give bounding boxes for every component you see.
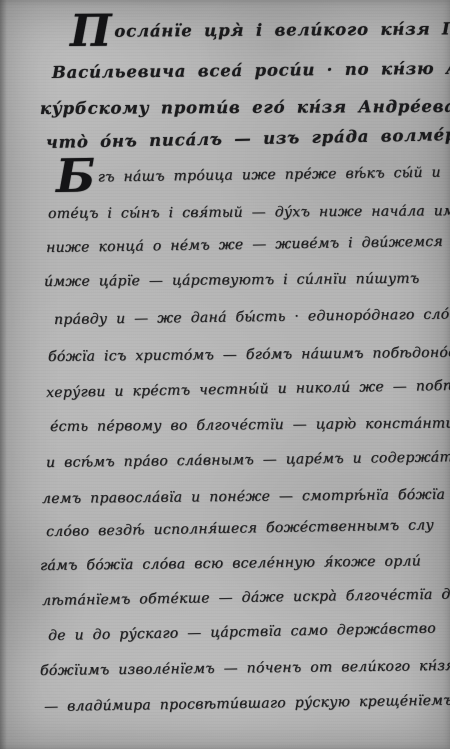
manuscript-line-15: сло́во вездѣ́ исполня́шеся боже́ственным… <box>46 517 434 540</box>
line-text: га́мъ бо́жїа сло́ва всю вселе́нную я́кож… <box>40 553 421 574</box>
line-text: е́сть пе́рвому во блгоче́стїи — царю̀ ко… <box>50 415 450 435</box>
line-text: лѣта́нїемъ обте́кше — да́же искра̀ блгоч… <box>42 586 450 609</box>
line-text: херу́гви и кре́стъ честны́й и николи́ же… <box>46 377 450 401</box>
manuscript-line-10: бо́жїа ісъ христо́мъ — бго́мъ на́шимъ по… <box>48 345 450 365</box>
manuscript-line-8: и́мже ца́рїе — ца́рствуютъ і си́лнїи пи́… <box>44 271 420 290</box>
line-text: оте́цъ і сы́нъ і свя́тый — ду́хъ ниже на… <box>48 203 450 222</box>
manuscript-line-7: ниже конца́ о не́мъ же — живе́мъ і дви́ж… <box>46 234 450 256</box>
line-text: и всѣ́мъ пра́во сла́внымъ — царе́мъ и со… <box>46 449 450 471</box>
manuscript-line-13: и всѣ́мъ пра́во сла́внымъ — царе́мъ и со… <box>46 449 450 471</box>
manuscript-line-1: Посла́нїе цря̀ і вели́кого кн́зя Іоа́нна <box>70 19 450 41</box>
line-text: сло́во вездѣ́ исполня́шеся боже́ственным… <box>46 517 434 540</box>
manuscript-line-20: — влади́мира просвѣти́вшаго ру́скую крещ… <box>44 692 450 715</box>
line-text: ниже конца́ о не́мъ же — живе́мъ і дви́ж… <box>46 234 450 256</box>
line-text: что̀ о́нъ писа́лъ — изъ гра́да волме́ра … <box>46 125 450 152</box>
manuscript-line-16: га́мъ бо́жїа сло́ва всю вселе́нную я́кож… <box>40 553 421 574</box>
manuscript-line-12: е́сть пе́рвому во блгоче́стїи — царю̀ ко… <box>50 415 450 435</box>
manuscript-line-2: Васи́льевича всеа́ роси́и · по кн́зю Анд… <box>52 58 450 82</box>
manuscript-line-14: лемъ правосла́вїа и поне́же — смотрѣ́нїа… <box>42 487 450 507</box>
line-text: ку́рбскому проти́в его́ кн́зя Андре́ева … <box>40 96 450 118</box>
line-text: лемъ правосла́вїа и поне́же — смотрѣ́нїа… <box>42 487 450 507</box>
line-text: осла́нїе цря̀ і вели́кого кн́зя Іоа́нна <box>114 19 450 41</box>
manuscript-line-11: херу́гви и кре́стъ честны́й и николи́ же… <box>46 377 450 401</box>
manuscript-line-3: ку́рбскому проти́в его́ кн́зя Андре́ева … <box>40 96 450 118</box>
line-text: де и до ру́скаго — ца́рствїа само держа́… <box>48 621 436 644</box>
manuscript-photo: Посла́нїе цря̀ і вели́кого кн́зя Іоа́нна… <box>0 0 450 749</box>
line-text: и́мже ца́рїе — ца́рствуютъ і си́лнїи пи́… <box>44 271 420 290</box>
manuscript-line-19: бо́жїимъ изволе́нїемъ — по́ченъ от вели́… <box>40 658 450 679</box>
line-text: — влади́мира просвѣти́вшаго ру́скую крещ… <box>44 692 450 715</box>
manuscript-line-17: лѣта́нїемъ обте́кше — да́же искра̀ блгоч… <box>42 586 450 609</box>
line-text: Васи́льевича всеа́ роси́и · по кн́зю Анд… <box>52 58 450 82</box>
manuscript-line-6: оте́цъ і сы́нъ і свя́тый — ду́хъ ниже на… <box>48 203 450 222</box>
line-text: бо́жїа ісъ христо́мъ — бго́мъ на́шимъ по… <box>48 345 450 365</box>
manuscript-line-4: что̀ о́нъ писа́лъ — изъ гра́да волме́ра … <box>46 125 450 152</box>
line-text: гъ на́шъ тро́ица иже пре́же вѣ́къ сы́й и… <box>98 163 450 185</box>
manuscript-line-9: пра́вду и — же дана́ бы́сть · единоро́дн… <box>54 306 450 328</box>
line-text: бо́жїимъ изволе́нїемъ — по́ченъ от вели́… <box>40 658 450 679</box>
manuscript-line-5: Бгъ на́шъ тро́ица иже пре́же вѣ́къ сы́й … <box>56 159 450 186</box>
manuscript-line-18: де и до ру́скаго — ца́рствїа само держа́… <box>48 621 436 644</box>
line-text: пра́вду и — же дана́ бы́сть · единоро́дн… <box>54 306 450 328</box>
illuminated-initial-b: Б <box>56 175 96 176</box>
